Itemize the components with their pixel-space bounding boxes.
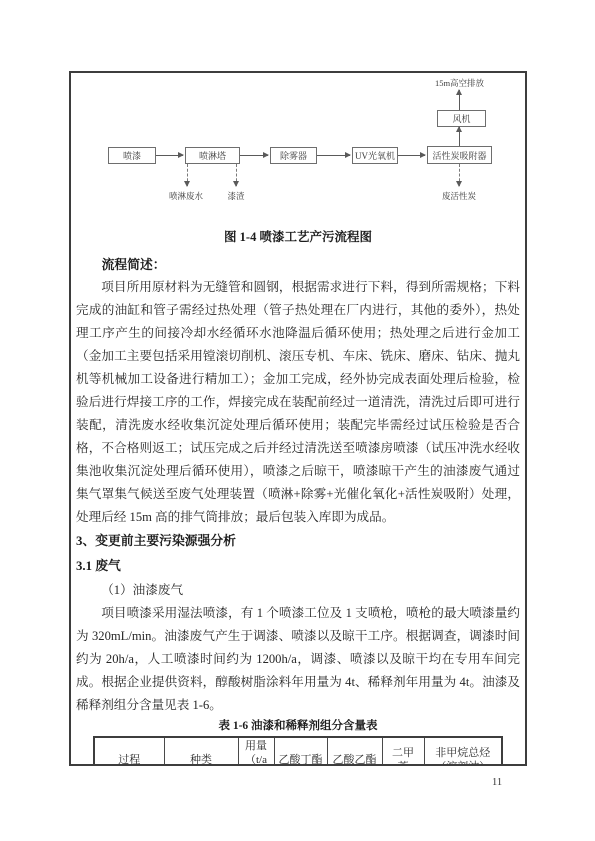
process-summary-paragraph: 项目所用原材料为无缝管和圆钢，根据需求进行下料，得到所需规格；下料完成的油缸和管… — [76, 276, 520, 529]
col-header-usage: 用量 （t/a ） — [238, 737, 274, 766]
flow-arrow-up-icon — [459, 127, 460, 146]
waste-arrow-down-icon — [187, 164, 188, 186]
flow-arrow-right-icon — [317, 155, 350, 156]
col-header-butyl-acetate: 乙酸丁酯 — [274, 737, 327, 766]
flow-node-spray-paint: 喷漆 — [108, 147, 156, 164]
flow-arrow-right-icon — [240, 155, 268, 156]
section-3-1-heading: 3.1 废气 — [76, 554, 520, 579]
figure-caption: 图 1-4 喷漆工艺产污流程图 — [76, 229, 520, 245]
flow-arrow-up-icon — [459, 90, 460, 110]
flow-node-fan: 风机 — [437, 110, 486, 127]
waste-label-activated-carbon: 废活性炭 — [423, 190, 495, 202]
waste-arrow-down-icon — [459, 164, 460, 186]
process-flowchart: 喷漆 喷淋塔 除雾器 UV光氧机 活性炭吸附器 风机 15m高空排放 喷淋废水 … — [76, 73, 520, 229]
col-header-process: 过程 — [94, 737, 164, 766]
flow-node-uv-photolysis: UV光氧机 — [352, 147, 398, 164]
col-header-type: 种类 — [164, 737, 238, 766]
paint-composition-table: 过程 种类 用量 （t/a ） 乙酸丁酯 乙酸乙酯 二甲 苯 非甲烷总烃 （溶剂… — [93, 736, 503, 766]
waste-arrow-down-icon — [236, 164, 237, 186]
flow-node-demister: 除雾器 — [270, 147, 317, 164]
col-header-nmhc: 非甲烷总烃 （溶剂油） — [424, 737, 502, 766]
content-frame: 喷漆 喷淋塔 除雾器 UV光氧机 活性炭吸附器 风机 15m高空排放 喷淋废水 … — [69, 71, 527, 766]
outlet-label: 15m高空排放 — [422, 77, 497, 89]
process-summary-heading: 流程简述： — [76, 254, 520, 276]
paint-waste-gas-item-heading: （1）油漆废气 — [76, 579, 520, 602]
table-1-6-caption: 表 1-6 油漆和稀释剂组分含量表 — [76, 719, 520, 734]
table-header-row: 过程 种类 用量 （t/a ） 乙酸丁酯 乙酸乙酯 二甲 苯 非甲烷总烃 （溶剂… — [94, 737, 502, 766]
flow-node-spray-tower: 喷淋塔 — [185, 147, 240, 164]
waste-label-paint-residue: 漆渣 — [216, 190, 256, 202]
section-3-heading: 3、变更前主要污染源强分析 — [76, 529, 520, 554]
col-header-xylene: 二甲 苯 — [382, 737, 424, 766]
page-number: 11 — [492, 777, 502, 788]
flow-arrow-right-icon — [156, 155, 183, 156]
flow-arrow-right-icon — [398, 155, 425, 156]
col-header-ethyl-acetate: 乙酸乙酯 — [327, 737, 382, 766]
paint-waste-gas-paragraph: 项目喷漆采用湿法喷漆，有 1 个喷漆工位及 1 支喷枪，喷枪的最大喷漆量约为 3… — [76, 602, 520, 717]
flow-node-activated-carbon: 活性炭吸附器 — [427, 146, 492, 164]
waste-label-spray-wastewater: 喷淋废水 — [151, 190, 221, 202]
